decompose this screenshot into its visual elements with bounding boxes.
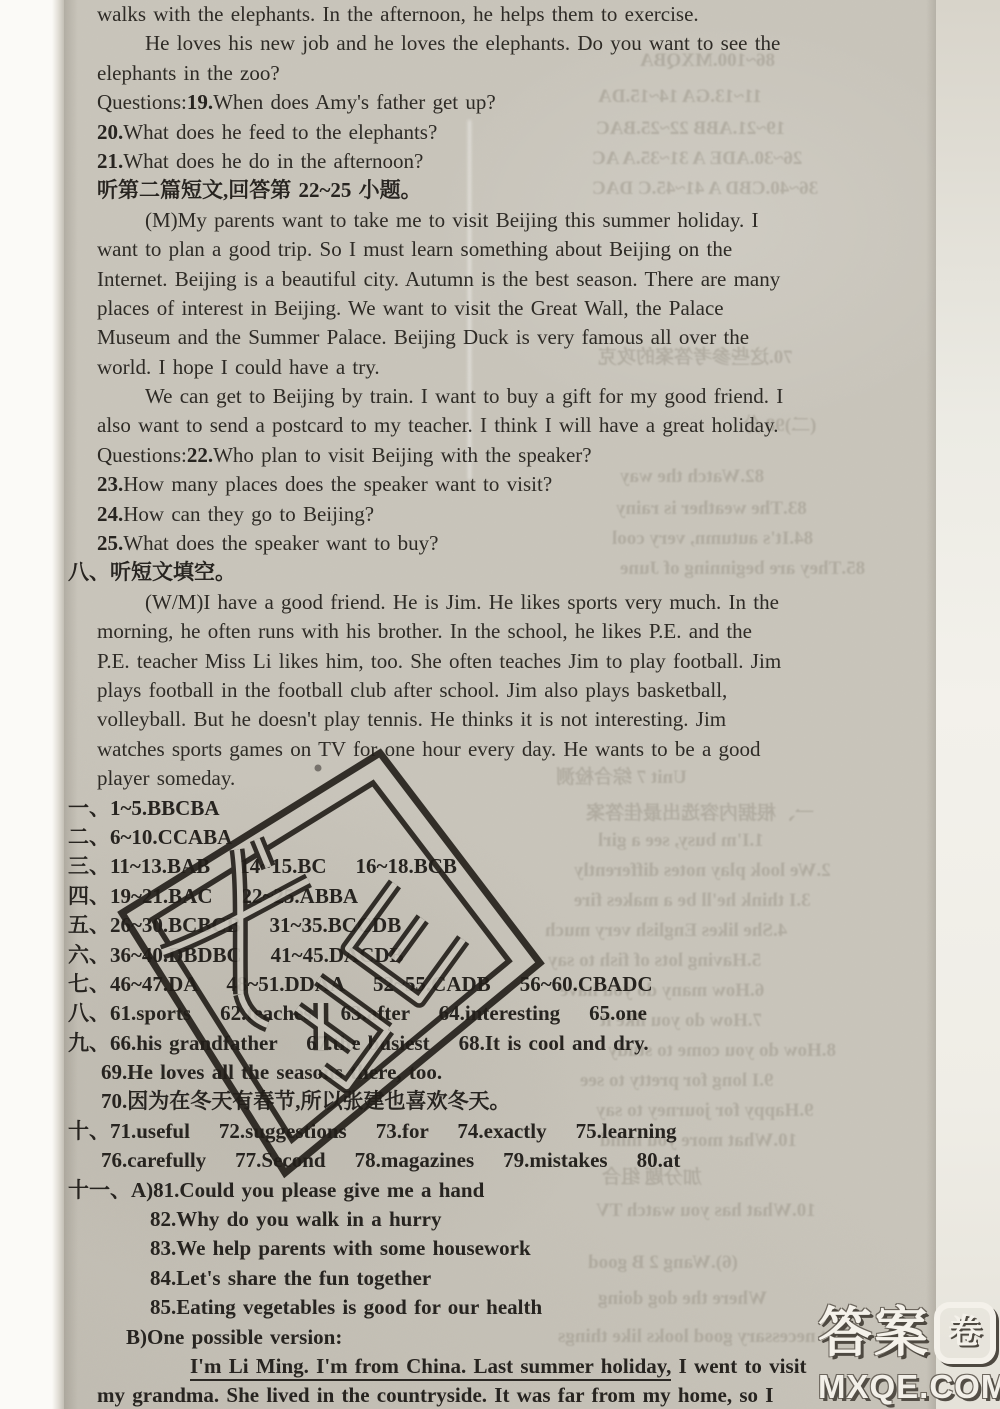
watermark-site: MXQE.COM [818, 1370, 1000, 1403]
watermark-ring-icon: 卷 [934, 1302, 996, 1364]
text-line: plays football in the football club afte… [0, 676, 948, 705]
text-line: want to plan a good trip. So I must lear… [0, 235, 948, 264]
text-line: 83.We help parents with some housework [0, 1234, 948, 1263]
text-line: places of interest in Beijing. We want t… [0, 294, 948, 323]
text-line: P.E. teacher Miss Li likes him, too. She… [0, 647, 948, 676]
text-line: 21.What does he do in the afternoon? [0, 147, 948, 176]
watermark-brand-char: 案 [874, 1306, 928, 1360]
text-line: I'm Li Ming. I'm from China. Last summer… [0, 1352, 948, 1381]
text-line: Questions:19.When does Amy's father get … [0, 88, 948, 117]
text-line: also want to send a postcard to my teach… [0, 411, 948, 440]
watermark-brand: 答 案 卷 [818, 1302, 1000, 1364]
text-line: 82.Why do you walk in a hurry [0, 1205, 948, 1234]
text-line: my grandma. She lived in the countryside… [0, 1381, 948, 1409]
text-line: Questions:22.Who plan to visit Beijing w… [0, 441, 948, 470]
text-line: world. I hope I could have a try. [0, 353, 948, 382]
text-line: 84.Let's share the fun together [0, 1264, 948, 1293]
text-line: 25.What does the speaker want to buy? [0, 529, 948, 558]
text-line: 85.Eating vegetables is good for our hea… [0, 1293, 948, 1322]
text-line: (M)My parents want to take me to visit B… [0, 206, 948, 235]
text-line: 八、听短文填空。 [0, 558, 948, 587]
text-line: Internet. Beijing is a beautiful city. A… [0, 265, 948, 294]
text-line: 24.How can they go to Beijing? [0, 500, 948, 529]
text-line: (W/M)I have a good friend. He is Jim. He… [0, 588, 948, 617]
text-line: B)One possible version: [0, 1323, 948, 1352]
answer-site-watermark: 答 案 卷 MXQE.COM [818, 1302, 1000, 1403]
watermark-brand-char: 答 [818, 1306, 872, 1360]
text-line: 20.What does he feed to the elephants? [0, 118, 948, 147]
watermark-ring-char: 卷 [948, 1316, 982, 1350]
seal-stamp-icon [95, 728, 565, 1198]
scanned-answer-page: 86~100.MXQBA11~13.GA 14~15.DA19~21.ABB 2… [0, 0, 1000, 1409]
text-line: Museum and the Summer Palace. Beijing Du… [0, 323, 948, 352]
text-line: 23.How many places does the speaker want… [0, 470, 948, 499]
text-line: elephants in the zoo? [0, 59, 948, 88]
text-line: We can get to Beijing by train. I want t… [0, 382, 948, 411]
text-line: He loves his new job and he loves the el… [0, 29, 948, 58]
text-line: 听第二篇短文,回答第 22~25 小题。 [0, 176, 948, 205]
text-line: morning, he often runs with his brother.… [0, 617, 948, 646]
text-line: walks with the elephants. In the afterno… [0, 0, 948, 29]
